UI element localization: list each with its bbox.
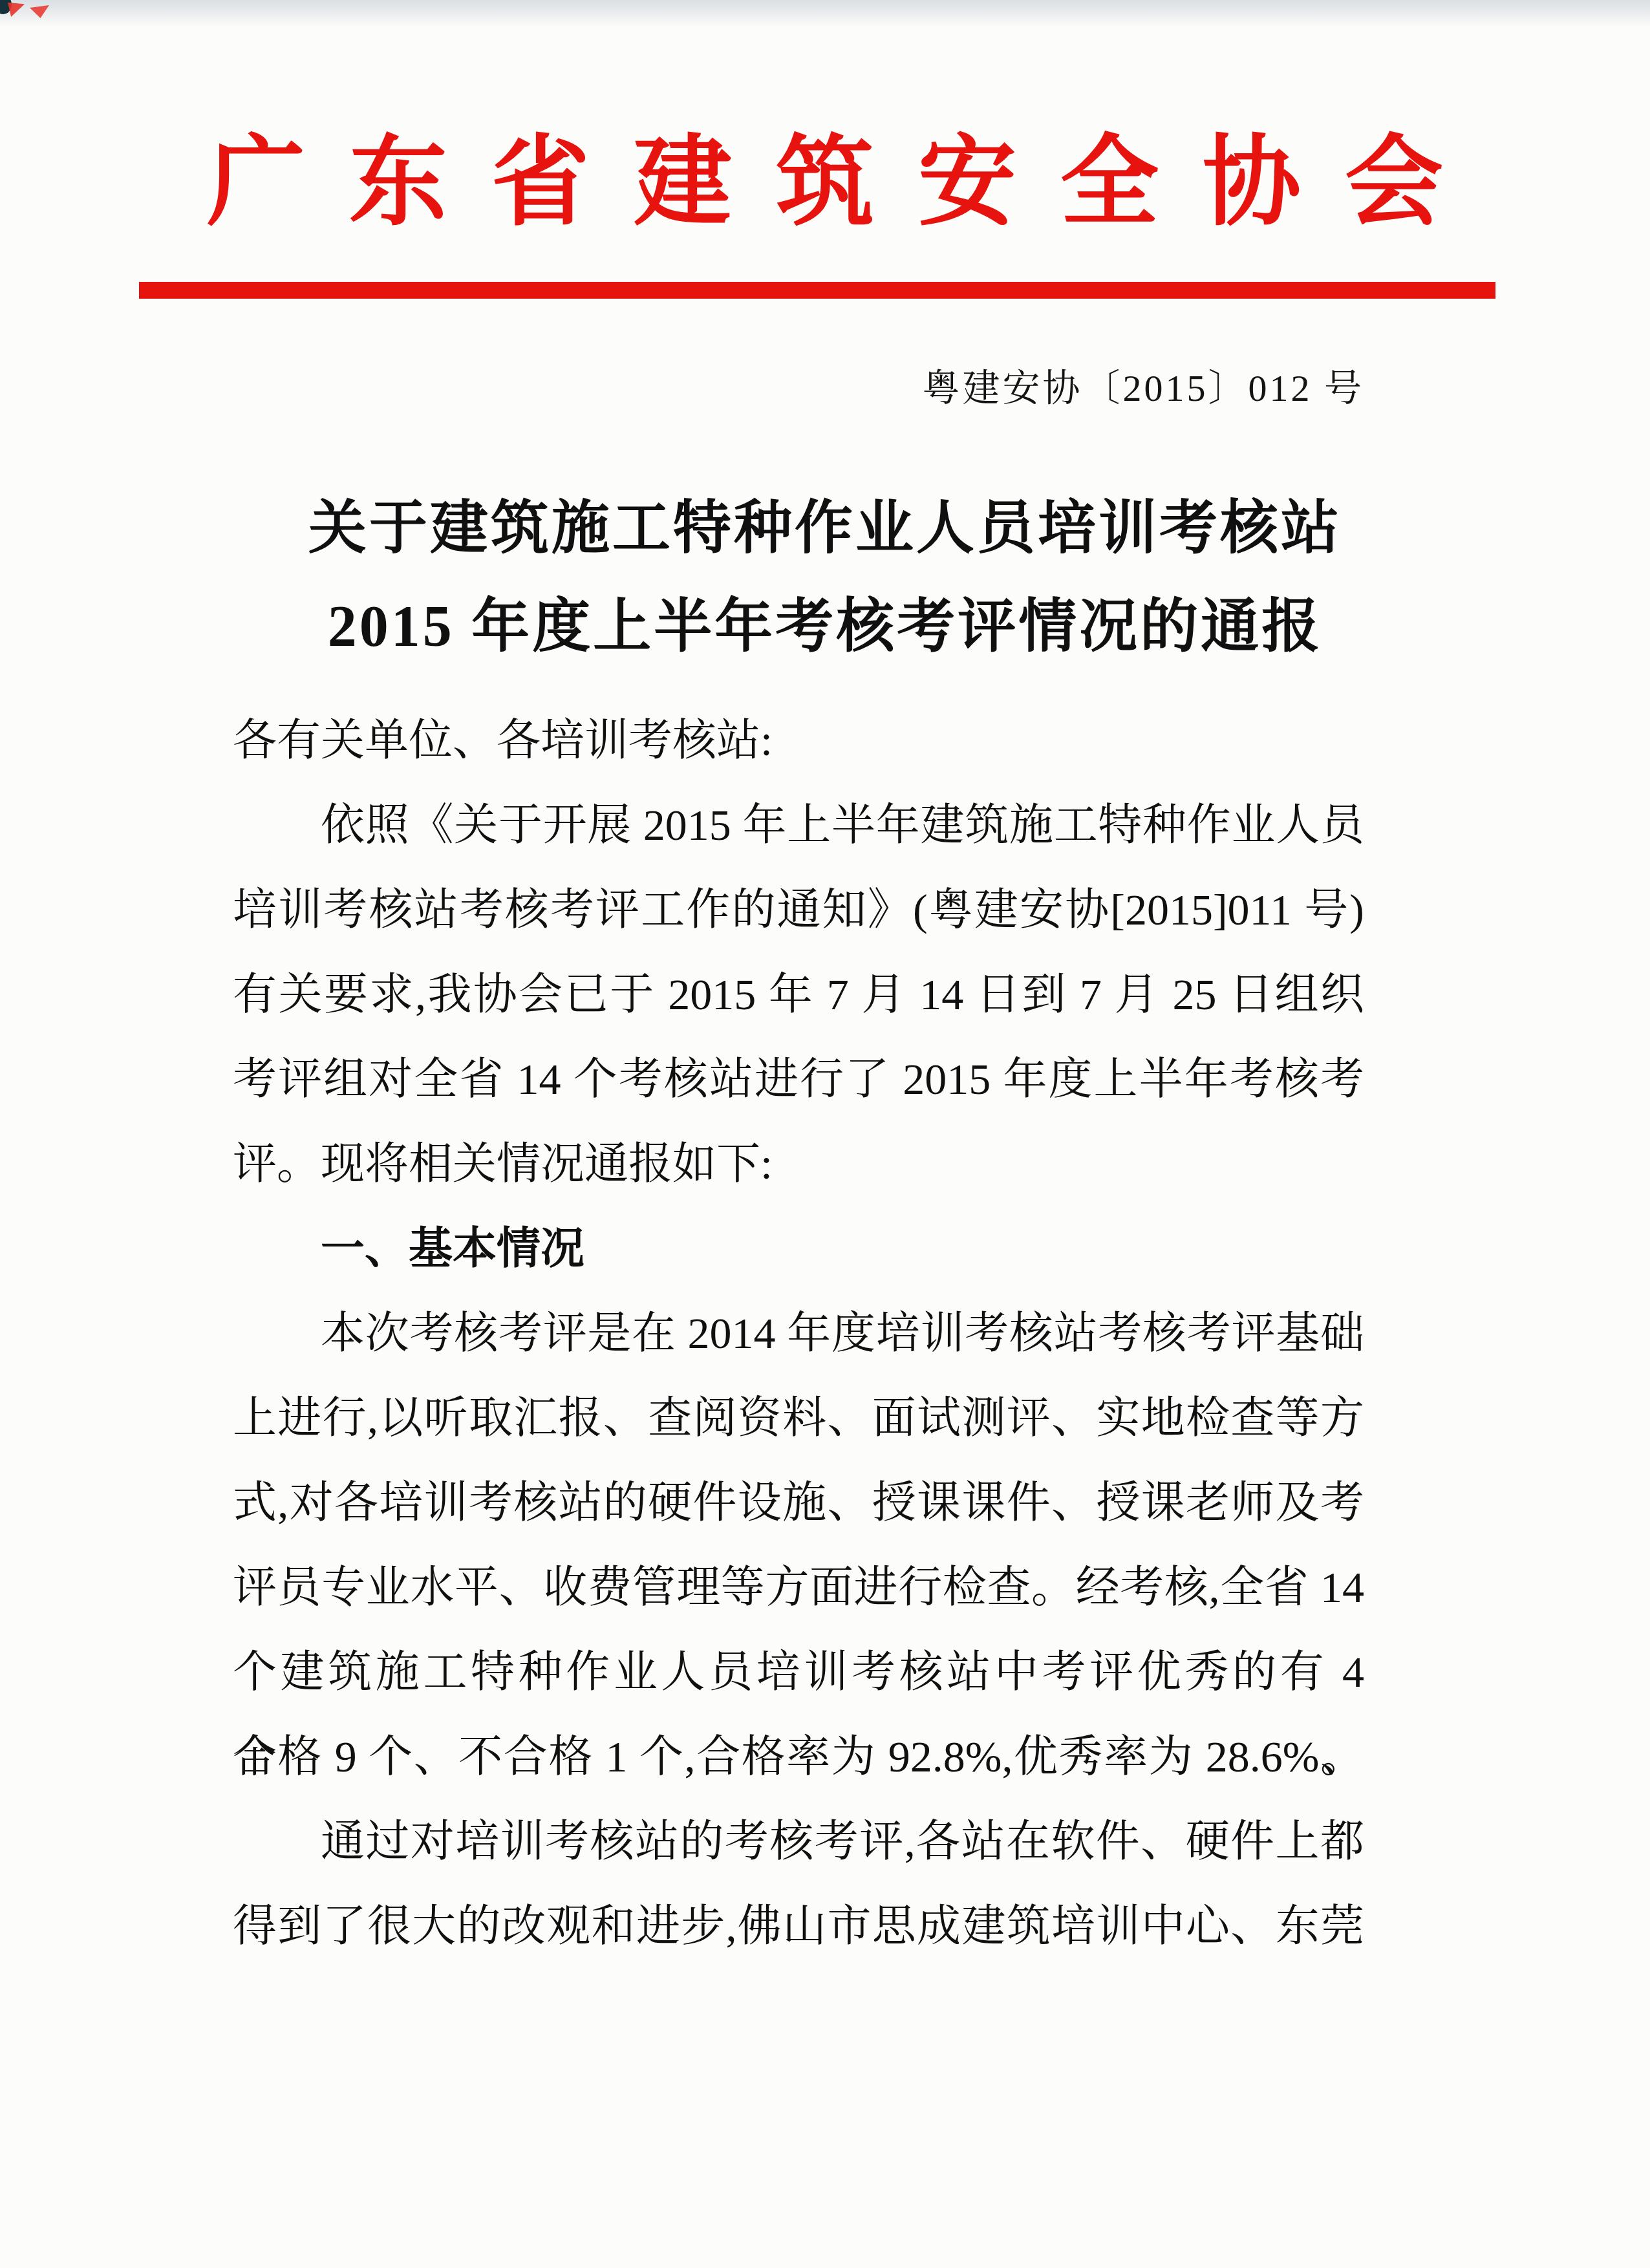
org-name-header: 广东省建筑安全协会 [0,109,1650,257]
body-line: 式,对各培训考核站的硬件设施、授课课件、授课老师及考 [233,1460,1364,1545]
document-title-line1: 关于建筑施工特种作业人员培训考核站 [0,480,1650,578]
document-title: 关于建筑施工特种作业人员培训考核站 2015 年度上半年考核考评情况的通报 [0,480,1650,676]
body-line: 上进行,以听取汇报、查阅资料、面试测评、实地检查等方 [233,1376,1364,1460]
body-line: 得到了很大的改观和进步,佛山市思成建筑培训中心、东莞 [233,1884,1364,1969]
document-title-line2: 2015 年度上半年考核考评情况的通报 [0,578,1650,676]
scan-artifact-red-mark [8,3,25,17]
document-page: 广东省建筑安全协会 粤建安协〔2015〕012 号 关于建筑施工特种作业人员培训… [0,0,1650,2268]
scanner-shadow-band [0,0,1650,27]
body-line-salutation: 各有关单位、各培训考核站: [233,698,1364,783]
body-line: 依照《关于开展 2015 年上半年建筑施工特种作业人员 [233,783,1364,868]
body-section-heading: 一、基本情况 [233,1206,1364,1291]
red-divider-line [139,282,1495,299]
body-line: 评员专业水平、收费管理等方面进行检查。经考核,全省 14 [233,1545,1364,1630]
scan-artifact-red-mark [30,5,49,18]
doc-number: 粤建安协〔2015〕012 号 [922,366,1364,411]
body-line: 评。现将相关情况通报如下: [233,1122,1364,1206]
body-line: 本次考核考评是在 2014 年度培训考核站考核考评基础 [233,1291,1364,1376]
body-line: 个建筑施工特种作业人员培训考核站中考评优秀的有 4 个、 [233,1630,1364,1715]
document-body: 各有关单位、各培训考核站: 依照《关于开展 2015 年上半年建筑施工特种作业人… [233,698,1364,1969]
body-line: 合格 9 个、不合格 1 个,合格率为 92.8%,优秀率为 28.6%。 [233,1715,1364,1799]
body-line: 有关要求,我协会已于 2015 年 7 月 14 日到 7 月 25 日组织 [233,952,1364,1037]
body-line: 通过对培训考核站的考核考评,各站在软件、硬件上都 [233,1799,1364,1884]
body-line: 考评组对全省 14 个考核站进行了 2015 年度上半年考核考 [233,1037,1364,1122]
body-line: 培训考核站考核考评工作的通知》(粤建安协[2015]011 号) [233,868,1364,952]
